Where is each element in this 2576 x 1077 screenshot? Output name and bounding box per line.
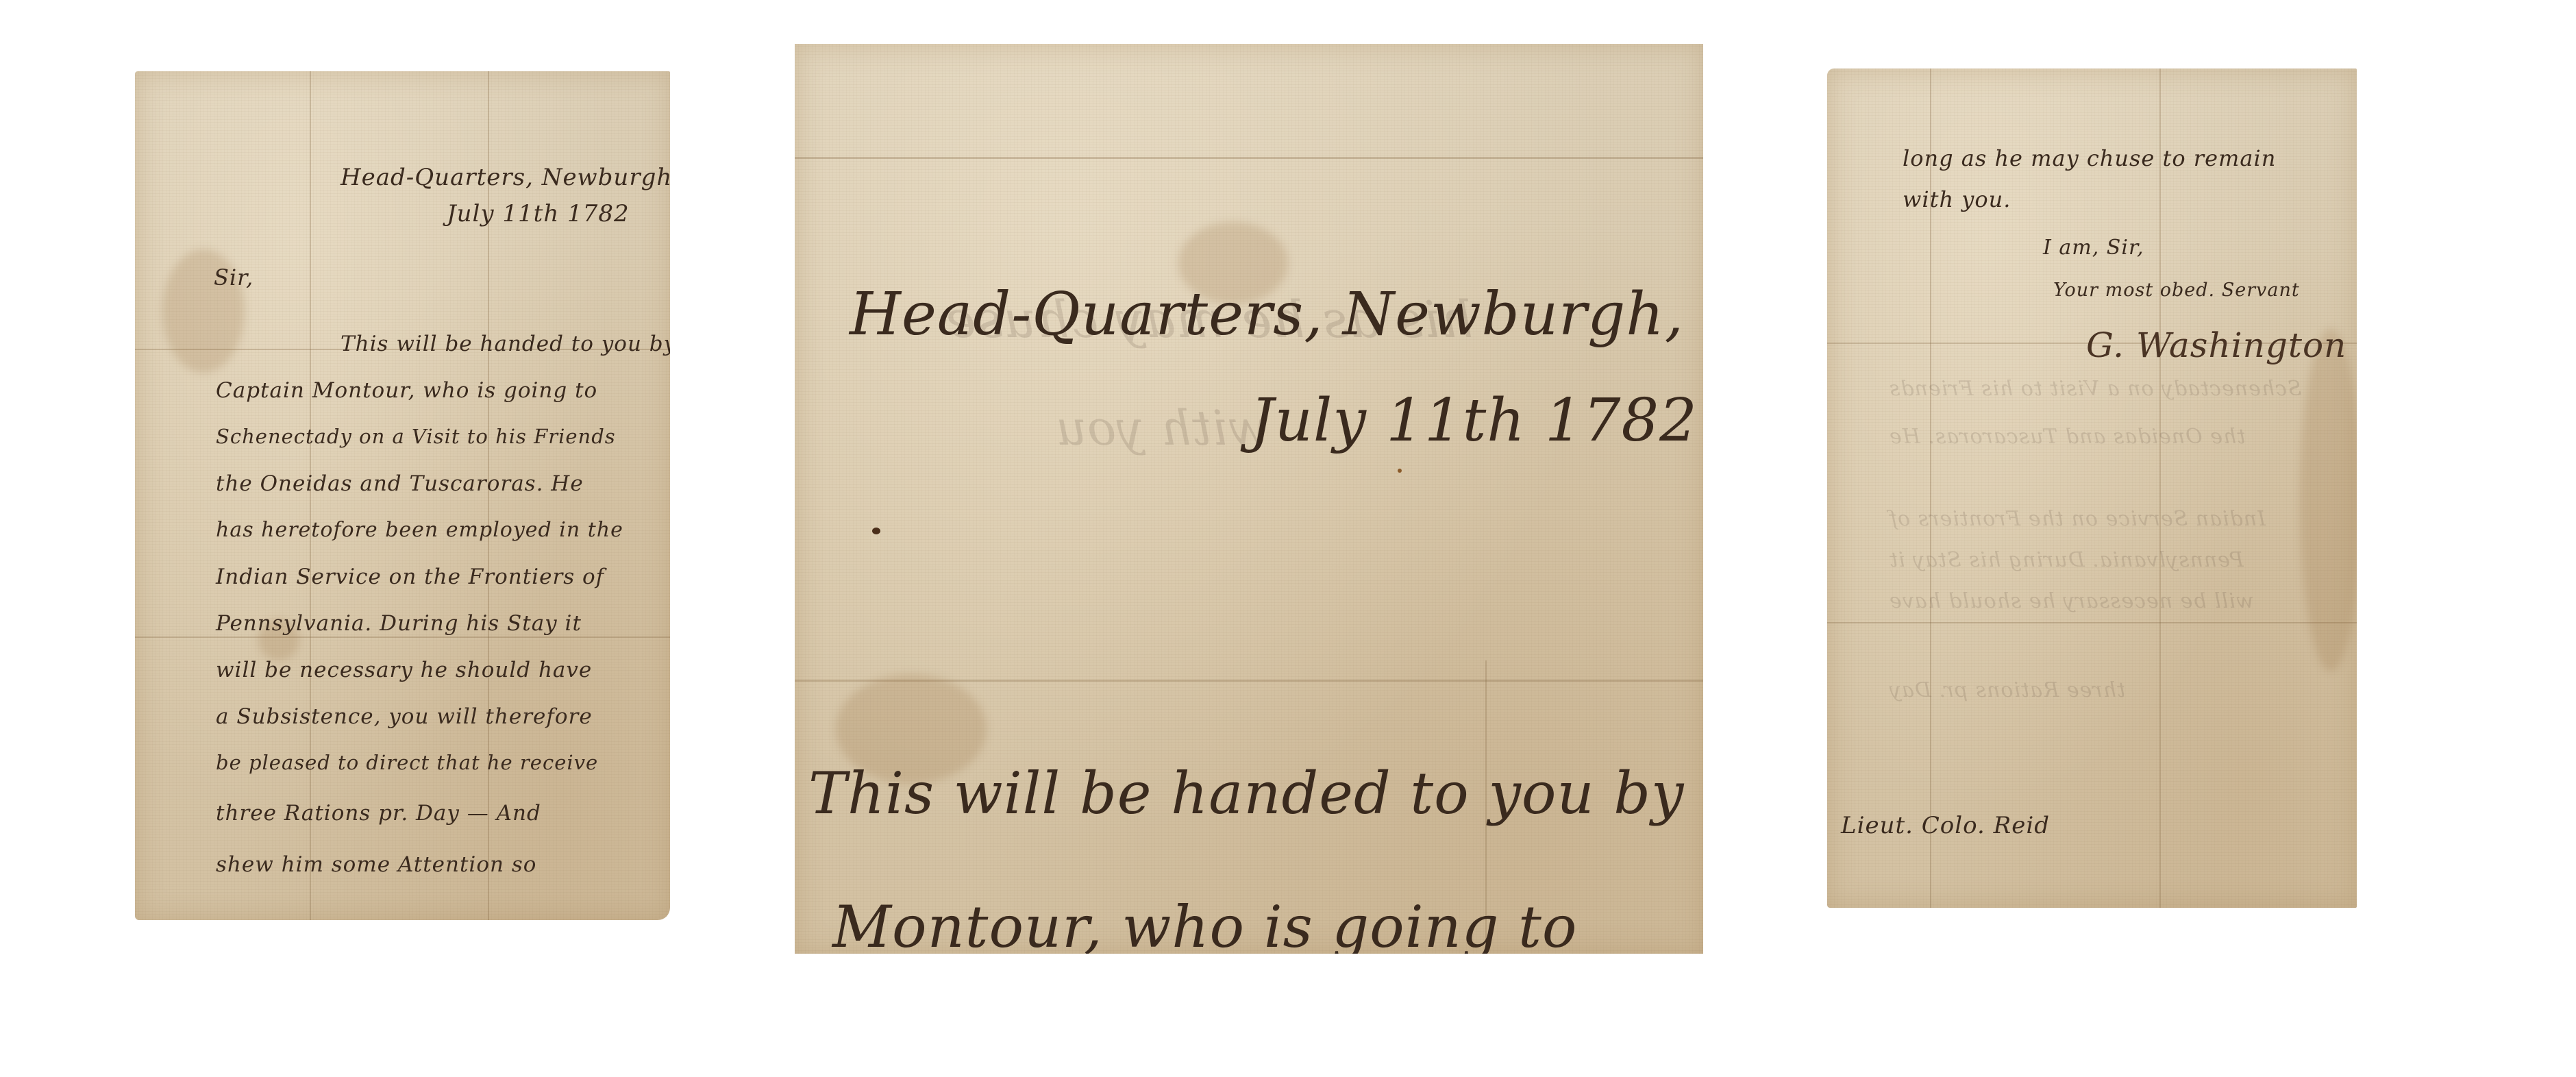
letter-line: shew him some Attention so [216, 852, 536, 877]
bleed-through-text: the Oneidas and Tuscaroras. He [1889, 425, 2245, 449]
letter-line: long as he may chuse to remain [1903, 145, 2276, 171]
letter-page-2: Schenectady on a Visit to his Friends th… [1827, 69, 2357, 908]
paper-stain [2300, 329, 2357, 671]
letter-closing: Your most obed. Servant [2053, 280, 2300, 301]
letter-line: Montour, who is going to [832, 893, 1578, 954]
letter-line: three Rations pr. Day — And [216, 801, 541, 826]
signature: G. Washington [2086, 325, 2346, 365]
bleed-through-text: with you [1055, 400, 1270, 456]
letter-addressee: Lieut. Colo. Reid [1841, 812, 2050, 839]
fold-crease [1827, 622, 2357, 623]
bleed-through-text: will be necessary he should have [1889, 589, 2254, 613]
letter-salutation: Sir, [214, 264, 253, 290]
bleed-through-text: three Rations pr. Day [1889, 678, 2125, 702]
letter-line: Indian Service on the Frontiers of [216, 565, 604, 589]
letter-closing: I am, Sir, [2043, 236, 2144, 260]
letter-line: will be necessary he should have [216, 658, 592, 682]
letter-line: This will be handed to you by [340, 332, 670, 356]
fold-crease [135, 636, 670, 638]
bleed-through-text: Indian Service on the Frontiers of [1889, 507, 2266, 531]
ink-spot [1398, 469, 1402, 473]
letter-line: a Subsistence, you will therefore [216, 704, 593, 729]
fold-crease [2159, 69, 2161, 908]
letter-date: July 11th 1782 [1250, 386, 1698, 455]
letter-line: Captain Montour, who is going to [216, 378, 597, 403]
letter-heading: Head-Quarters, Newburgh [340, 164, 670, 191]
bleed-through-text: Pennsylvania. During his Stay it [1889, 548, 2244, 572]
ink-spot [872, 528, 880, 534]
letter-line: the Oneidas and Tuscaroras. He [216, 471, 584, 496]
letter-detail-crop: his as he may chuse with you Head-Quarte… [795, 44, 1703, 954]
letter-line: Schenectady on a Visit to his Friends [216, 425, 616, 448]
letter-page-1: Head-Quarters, Newburgh July 11th 1782 S… [135, 71, 670, 920]
letter-line: Pennsylvania. During his Stay it [216, 611, 582, 636]
fold-crease [795, 157, 1703, 159]
letter-line: be pleased to direct that he receive [216, 751, 598, 774]
letter-heading: Head-Quarters, Newburgh, [850, 280, 1684, 349]
letter-line: with you. [1903, 186, 2011, 212]
letter-line: has heretofore been employed in the [216, 518, 623, 542]
letter-date: July 11th 1782 [447, 200, 630, 227]
bleed-through-text: Schenectady on a Visit to his Friends [1889, 377, 2302, 401]
letter-line: This will be handed to you by [808, 760, 1685, 827]
